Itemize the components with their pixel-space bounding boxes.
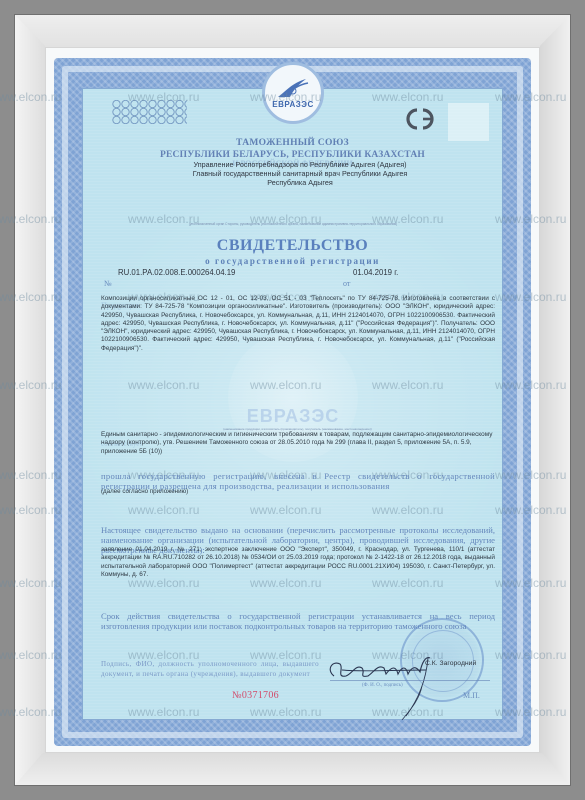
eurasec-bird-icon (276, 77, 310, 99)
product-description: Композиции органосиликатные ОС 12 - 01, … (101, 295, 495, 353)
honeycomb-security-pattern (112, 100, 187, 124)
seal-label: М.П. (463, 691, 480, 700)
certificate-title: СВИДЕТЕЛЬСТВО (0, 237, 585, 255)
authority-line: Главный государственный санитарный врач … (90, 169, 510, 178)
appendix-note: (далее согласно приложению) (101, 488, 188, 496)
authority-line: Республика Адыгея (90, 178, 510, 187)
frame-bevel-right (540, 15, 570, 785)
background-emblem-label: ЕВРАЗЭС (238, 406, 348, 427)
registration-date-label: от (343, 279, 350, 288)
eurasec-emblem: ЕВРАЗЭС (262, 62, 324, 124)
registration-number: RU.01.РА.02.008.Е.000264.04.19 (118, 268, 235, 277)
authority-caption: (уполномоченный орган Стороны, руководит… (138, 222, 448, 226)
basis-documents: заявление 01.04.2019 г. № 271; экспертно… (101, 546, 495, 579)
signature-label: Подпись, ФИО, должность уполномоченного … (101, 660, 319, 680)
registration-date: 01.04.2019 г. (353, 268, 398, 277)
form-serial-number: №0371706 (232, 690, 279, 701)
signer-name: С.К. Загородний (425, 660, 476, 667)
emblem-label: ЕВРАЗЭС (272, 100, 314, 109)
conformity-requirements: Единым санитарно - эпидемиологическим и … (101, 431, 495, 456)
blank-security-square (448, 103, 489, 141)
frame-bevel-top (15, 15, 570, 47)
ce-conformity-mark-icon (401, 106, 441, 132)
frame-bevel-bottom (15, 753, 570, 785)
fio-caption: (Ф. И. О., подпись) (362, 683, 403, 688)
authority-block: Управление Роспотребнадзора по Республик… (90, 160, 510, 187)
signature-line (330, 680, 490, 681)
certificate-subtitle: о государственной регистрации (0, 256, 585, 266)
registration-number-label: № (104, 279, 112, 288)
frame-bevel-left (15, 15, 45, 785)
authority-line: Управление Роспотребнадзора по Республик… (90, 160, 510, 169)
union-title: ТАМОЖЕННЫЙ СОЮЗ (0, 138, 585, 148)
